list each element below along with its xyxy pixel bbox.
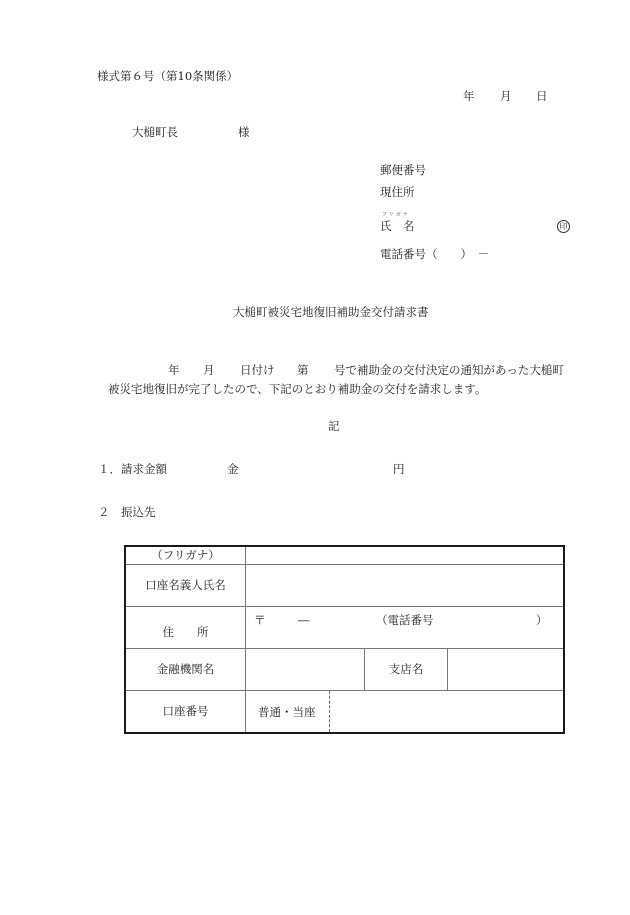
honorific: 様 <box>238 127 250 139</box>
bank-transfer-table: （フリガナ） 口座名義人氏名 住 所 〒 ― （電話番号 ） 金融機関名 支店名… <box>124 545 565 734</box>
body-number-prefix: 第 <box>297 365 309 377</box>
body-line2: 被災宅地復旧が完了したので、下記のとおり補助金の交付を請求します。 <box>108 384 486 396</box>
amount-suffix: 円 <box>393 464 405 476</box>
phone-close: ） <box>536 615 548 627</box>
furigana-input[interactable] <box>246 546 565 565</box>
name-label: 氏 名 <box>380 221 415 233</box>
body-year: 年 <box>168 365 180 377</box>
phone-label: （電話番号 <box>376 615 434 627</box>
account-holder-input[interactable] <box>246 565 565 607</box>
address-label: 現住所 <box>380 187 415 199</box>
addressee: 大槌町長 <box>132 127 178 139</box>
date-month: 月 <box>500 91 512 103</box>
bank-name-label: 金融機関名 <box>125 649 246 691</box>
ki-heading: 記 <box>328 421 340 433</box>
postal-code-label: 郵便番号 <box>380 165 426 177</box>
phone-label: 電話番号（ ） － <box>380 249 489 261</box>
body-month: 月 <box>203 365 215 377</box>
branch-label: 支店名 <box>365 649 448 691</box>
form-number: 様式第６号（第10条関係） <box>97 71 238 83</box>
account-number-input[interactable] <box>331 691 563 732</box>
account-number-cell: 普通・当座 <box>246 691 565 733</box>
bank-name-input[interactable] <box>246 649 365 691</box>
postal-dash: ― <box>298 615 310 627</box>
address-input[interactable]: 〒 ― （電話番号 ） <box>246 607 565 649</box>
date-day: 日 <box>536 91 548 103</box>
branch-input[interactable] <box>448 649 565 691</box>
address-label: 住 所 <box>125 607 246 649</box>
account-number-label: 口座番号 <box>125 691 246 733</box>
postal-mark: 〒 <box>254 615 266 627</box>
body-date-suffix: 日付け <box>240 365 275 377</box>
amount-prefix: 金 <box>227 464 239 476</box>
amount-label: １．請求金額 <box>98 464 167 476</box>
date-year: 年 <box>463 91 475 103</box>
transfer-label: ２ 振込先 <box>98 507 156 519</box>
furigana-label: （フリガナ） <box>125 546 246 565</box>
seal-icon: 印 <box>557 220 570 233</box>
document-title: 大槌町被災宅地復旧補助金交付請求書 <box>233 307 429 319</box>
account-type-option[interactable]: 普通・当座 <box>258 707 316 719</box>
account-divider <box>329 691 330 732</box>
body-line1-rest: 号で補助金の交付決定の通知があった大槌町 <box>334 365 564 377</box>
name-ruby: フリガナ <box>382 213 410 218</box>
account-holder-label: 口座名義人氏名 <box>125 565 246 607</box>
